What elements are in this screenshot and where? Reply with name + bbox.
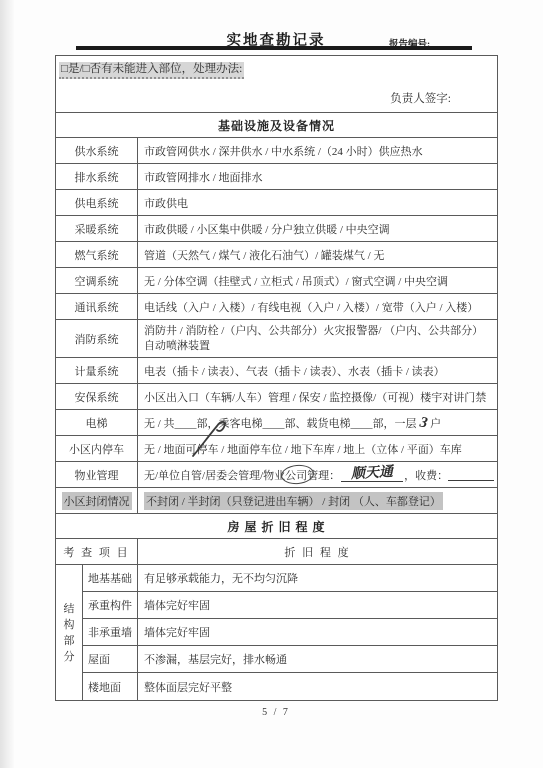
row-label: 消防系统: [56, 320, 138, 357]
elevator-text-pre: 无 / 共____部，乘客电梯____部、载货电梯____部，一层: [144, 415, 417, 431]
access-note-line: □是/□否有未能进入部位，处理办法:: [56, 56, 497, 80]
table-row-drainage: 排水系统 市政管网排水 / 地面排水: [56, 164, 497, 190]
row-label: 计量系统: [56, 358, 138, 383]
row-label: 承重构件: [83, 592, 138, 618]
page-number: 5 / 7: [55, 707, 497, 718]
structure-rows: 地基基础 有足够承载能力，无不均匀沉降 承重构件 墙体完好牢固 非承重墙 墙体完…: [83, 565, 497, 700]
row-label: 小区内停车: [56, 436, 138, 461]
fee-blank-line: [448, 469, 494, 481]
table-row-security: 安保系统 小区出入口（车辆/人车）管理 / 保安 / 监控摄像/（可视）楼宇对讲…: [56, 384, 497, 410]
elevator-text-post: 户: [430, 415, 441, 431]
table-row-non-load-bearing: 非承重墙 墙体完好牢固: [83, 619, 497, 646]
row-value: 无/单位自管/居委会管理/物业公司管理：顺天通，收费：: [138, 462, 500, 487]
row-label: 电梯: [56, 410, 138, 435]
row-label: 非承重墙: [83, 619, 138, 645]
table-row-gas: 燃气系统 管道（天然气 / 煤气 / 液化石油气）/ 罐装煤气 / 无: [56, 242, 497, 268]
survey-form-table: □是/□否有未能进入部位，处理办法: 负责人签字: 基础设施及设备情况 供水系统…: [55, 55, 498, 701]
section-header-infrastructure: 基础设施及设备情况: [56, 113, 497, 138]
row-label: 楼地面: [83, 673, 138, 700]
row-value: 整体面层完好平整: [138, 673, 497, 700]
row-value: 消防井 / 消防栓 /（户内、公共部分）火灾报警器/ （户内、公共部分）自动喷淋…: [138, 320, 497, 357]
row-label: 燃气系统: [56, 242, 138, 267]
table-row-communication: 通讯系统 电话线（入户 / 入楼）/ 有线电视（入户 / 入楼）/ 宽带（入户 …: [56, 294, 497, 320]
table-row-load-bearing: 承重构件 墙体完好牢固: [83, 592, 497, 619]
row-value: 市政管网排水 / 地面排水: [138, 164, 497, 189]
table-row-water-supply: 供水系统 市政管网供水 / 深井供水 / 中水系统 /（24 小时）供应热水: [56, 138, 497, 164]
highlighted-label: 小区封闭情况: [62, 492, 132, 510]
handwritten-circle-company: 公司: [285, 467, 307, 483]
structure-group-cell: 结构部分: [56, 565, 83, 700]
row-value: 管道（天然气 / 煤气 / 液化石油气）/ 罐装煤气 / 无: [138, 242, 497, 267]
depreciation-column-headers: 考 查 项 目 折 旧 程 度: [56, 539, 497, 565]
row-label: 采暖系统: [56, 216, 138, 241]
column-header-degree: 折 旧 程 度: [138, 539, 497, 564]
property-text-1: 无/单位自管/居委会管理/物业: [144, 467, 285, 483]
table-row-air-conditioning: 空调系统 无 / 分体空调（挂壁式 / 立柜式 / 吊顶式）/ 窗式空调 / 中…: [56, 268, 497, 294]
table-row-heating: 采暖系统 市政供暖 / 小区集中供暖 / 分户独立供暖 / 中央空调: [56, 216, 497, 242]
row-value: 电话线（入户 / 入楼）/ 有线电视（入户 / 入楼）/ 宽带（入户 / 入楼）: [138, 294, 497, 319]
handwritten-company-name: 顺天通: [351, 466, 394, 482]
table-row-metering: 计量系统 电表（插卡 / 读表）、气表（插卡 / 读表）、水表（插卡 / 读表）: [56, 358, 497, 384]
scan-edge-shadow: [0, 0, 14, 768]
row-value: 墙体完好牢固: [138, 619, 497, 645]
handwritten-elevator-count: 3: [418, 414, 428, 432]
title-divider-rule: [76, 46, 472, 50]
column-header-item: 考 查 项 目: [56, 539, 138, 564]
row-value: 无 / 分体空调（挂壁式 / 立柜式 / 吊顶式）/ 窗式空调 / 中央空调: [138, 268, 497, 293]
row-value: 市政管网供水 / 深井供水 / 中水系统 /（24 小时）供应热水: [138, 138, 497, 163]
row-label: 安保系统: [56, 384, 138, 409]
row-label: 屋面: [83, 646, 138, 672]
row-value: 市政供电: [138, 190, 497, 215]
access-note-text: □是/□否有未能进入部位，处理办法:: [59, 62, 244, 79]
highlighted-value: 不封闭 / 半封闭（只登记进出车辆） / 封闭 （人、车都登记）: [144, 492, 443, 510]
table-row-elevator: 电梯 无 / 共____部，乘客电梯____部、载货电梯____部，一层3户: [56, 410, 497, 436]
row-label: 供电系统: [56, 190, 138, 215]
table-row-floor: 楼地面 整体面层完好平整: [83, 673, 497, 700]
row-label: 供水系统: [56, 138, 138, 163]
row-value: 小区出入口（车辆/人车）管理 / 保安 / 监控摄像/（可视）楼宇对讲门禁: [138, 384, 497, 409]
structure-group-label: 结构部分: [63, 601, 75, 665]
row-label: 物业管理: [56, 462, 138, 487]
table-row-roof: 屋面 不渗漏，基层完好，排水畅通: [83, 646, 497, 673]
handwritten-company-name-underline: 顺天通: [341, 467, 403, 482]
row-label: 地基基础: [83, 565, 138, 591]
row-label: 空调系统: [56, 268, 138, 293]
signature-label: 负责人签字:: [390, 90, 451, 106]
row-label: 小区封闭情况: [56, 488, 138, 513]
row-value: 有足够承载能力，无不均匀沉降: [138, 565, 497, 591]
row-value: 电表（插卡 / 读表）、气表（插卡 / 读表）、水表（插卡 / 读表）: [138, 358, 497, 383]
access-note-box: □是/□否有未能进入部位，处理办法: 负责人签字:: [56, 56, 497, 113]
row-label: 排水系统: [56, 164, 138, 189]
table-row-enclosure-status: 小区封闭情况 不封闭 / 半封闭（只登记进出车辆） / 封闭 （人、车都登记）: [56, 488, 497, 514]
section-header-depreciation: 房 屋 折 旧 程 度: [56, 514, 497, 539]
table-row-foundation: 地基基础 有足够承载能力，无不均匀沉降: [83, 565, 497, 592]
row-value: 墙体完好牢固: [138, 592, 497, 618]
row-label: 通讯系统: [56, 294, 138, 319]
structure-section: 结构部分 地基基础 有足够承载能力，无不均匀沉降 承重构件 墙体完好牢固 非承重…: [56, 565, 497, 700]
row-value: 市政供暖 / 小区集中供暖 / 分户独立供暖 / 中央空调: [138, 216, 497, 241]
table-row-fire-protection: 消防系统 消防井 / 消防栓 /（户内、公共部分）火灾报警器/ （户内、公共部分…: [56, 320, 497, 358]
handwritten-check-mark: [186, 418, 238, 460]
table-row-electricity: 供电系统 市政供电: [56, 190, 497, 216]
row-value: 不封闭 / 半封闭（只登记进出车辆） / 封闭 （人、车都登记）: [138, 488, 497, 513]
table-row-property-management: 物业管理 无/单位自管/居委会管理/物业公司管理：顺天通，收费：: [56, 462, 497, 488]
table-row-parking: 小区内停车 无 / 地面可停车 / 地面停车位 / 地下车库 / 地上（立体 /…: [56, 436, 497, 462]
property-text-3: ，收费：: [404, 467, 448, 483]
row-value: 不渗漏，基层完好，排水畅通: [138, 646, 497, 672]
